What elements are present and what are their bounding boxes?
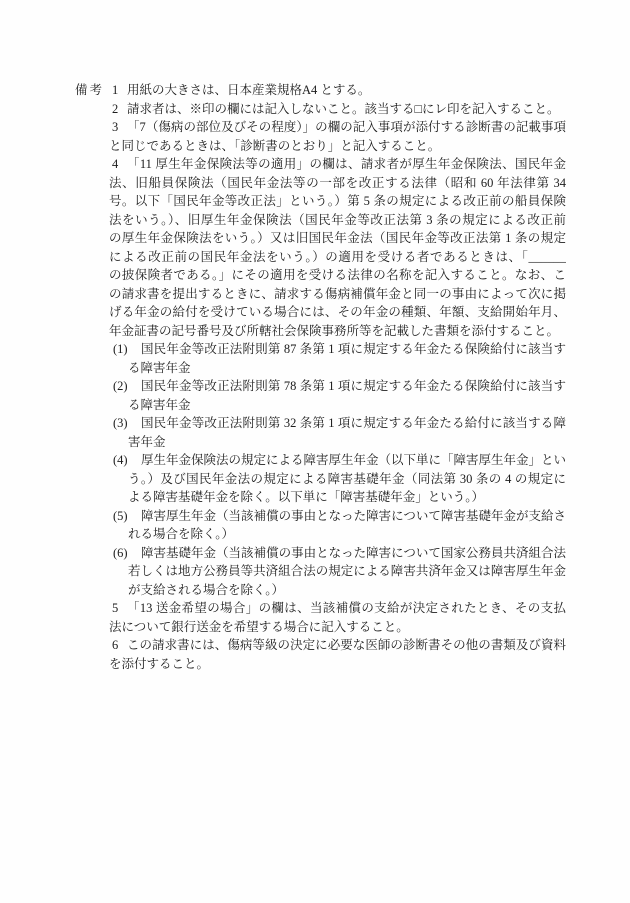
item-number: 1 [112, 81, 118, 100]
item-line: 「11 厚生年金保険法等の適用」の欄は、請求者が厚生年金保険法、国民年金 [109, 155, 566, 174]
subitem-marker: (6) [113, 544, 128, 563]
subitem-line: る障害年金 [128, 359, 566, 378]
subitem-marker: (5) [113, 507, 128, 526]
remark-subitem: (2)国民年金等改正法附則第 78 条第 1 項に規定する年金たる保険給付に該当… [128, 377, 566, 414]
item-number: 5 [112, 599, 118, 618]
remark-item: 5「13 送金希望の場合」の欄は、当該補償の支給が決定されたとき、その支払方法に… [109, 599, 566, 636]
item-number: 3 [112, 118, 118, 137]
subitem-line: う。）及び国民年金法の規定による障害基礎年金（同法第 30 条の 4 の規定に [128, 470, 566, 489]
subitem-line: る障害年金 [128, 396, 566, 415]
remark-subitem: (3)国民年金等改正法附則第 32 条第 1 項に規定する年金たる給付に該当する… [128, 414, 566, 451]
item-line: 「13 送金希望の場合」の欄は、当該補償の支給が決定されたとき、その支払方 [109, 599, 566, 618]
item-line: の請求書を提出するときに、請求する傷病補償年金と同一の事由によって次に掲 [109, 285, 566, 304]
item-line: 「7（傷病の部位及びその程度）」の欄の記入事項が添付する診断書の記載事項 [109, 118, 566, 137]
item-line: 年金証書の記号番号及び所轄社会保険事務所等を記載した書類を添付すること。 [109, 322, 566, 341]
remark-item: 3「7（傷病の部位及びその程度）」の欄の記入事項が添付する診断書の記載事項と同じ… [109, 118, 566, 155]
remark-item: 6この請求書には、傷病等級の決定に必要な医師の診断書その他の書類及び資料を添付す… [109, 636, 566, 673]
item-line: による改正前の国民年金法をいう。）の適用を受ける者であるときは、「______ [109, 248, 566, 267]
subitem-line: 国民年金等改正法附則第 32 条第 1 項に規定する年金たる給付に該当する障 [128, 414, 566, 433]
remark-item: 2請求者は、※印の欄には記入しないこと。該当する□にレ印を記入すること。 [109, 100, 566, 119]
subitem-line: 障害厚生年金（当該補償の事由となった障害について障害基礎年金が支給さ [128, 507, 566, 526]
remark-subitem: (1)国民年金等改正法附則第 87 条第 1 項に規定する年金たる保険給付に該当… [128, 340, 566, 377]
item-line: 請求者は、※印の欄には記入しないこと。該当する□にレ印を記入すること。 [109, 100, 566, 119]
subitem-line: が支給される場合を除く。） [128, 581, 566, 600]
remark-subitem: (6)障害基礎年金（当該補償の事由となった障害について国家公務員共済組合法若しく… [128, 544, 566, 600]
item-line: と同じであるときは、「診断書のとおり」と記入すること。 [109, 137, 566, 156]
remarks-items: 1用紙の大きさは、日本産業規格A4 とする。2請求者は、※印の欄には記入しないこ… [0, 81, 630, 673]
subitem-line: 国民年金等改正法附則第 78 条第 1 項に規定する年金たる保険給付に該当す [128, 377, 566, 396]
subitem-line: 障害基礎年金（当該補償の事由となった障害について国家公務員共済組合法 [128, 544, 566, 563]
item-number: 2 [112, 100, 118, 119]
item-line: 号。以下「国民年金等改正法」という。）第 5 条の規定による改正前の船員保険 [109, 192, 566, 211]
subitem-line: 害年金 [128, 433, 566, 452]
subitem-marker: (1) [113, 340, 128, 359]
remark-subitem: (4)厚生年金保険法の規定による障害厚生年金（以下単に「障害厚生年金」という。）… [128, 451, 566, 507]
remark-item: 4「11 厚生年金保険法等の適用」の欄は、請求者が厚生年金保険法、国民年金法、旧… [109, 155, 566, 340]
item-line: の厚生年金保険法をいう。）又は旧国民年金法（国民年金等改正法第 1 条の規定 [109, 229, 566, 248]
subitem-marker: (4) [113, 451, 128, 470]
subitem-line: れる場合を除く。） [128, 525, 566, 544]
item-number: 4 [112, 155, 118, 174]
item-line: この請求書には、傷病等級の決定に必要な医師の診断書その他の書類及び資料 [109, 636, 566, 655]
subitem-line: よる障害基礎年金を除く。以下単に「障害基礎年金」という。） [128, 488, 566, 507]
item-line: 法について銀行送金を希望する場合に記入すること。 [109, 618, 566, 637]
subitem-marker: (3) [113, 414, 128, 433]
subitem-line: 厚生年金保険法の規定による障害厚生年金（以下単に「障害厚生年金」とい [128, 451, 566, 470]
document-page: 備考 1用紙の大きさは、日本産業規格A4 とする。2請求者は、※印の欄には記入し… [0, 0, 630, 903]
subitem-line: 若しくは地方公務員等共済組合法の規定による障害共済年金又は障害厚生年金 [128, 562, 566, 581]
subitem-line: 国民年金等改正法附則第 87 条第 1 項に規定する年金たる保険給付に該当す [128, 340, 566, 359]
item-line: げる年金の給付を受けている場合には、その年金の種類、年額、支給開始年月、 [109, 303, 566, 322]
remarks-label: 備考 [75, 81, 104, 100]
item-line: の披保険者である。」にその適用を受ける法律の名称を記入すること。なお、こ [109, 266, 566, 285]
subitem-marker: (2) [113, 377, 128, 396]
item-line: を添付すること。 [109, 655, 566, 674]
item-number: 6 [112, 636, 118, 655]
remark-item: 1用紙の大きさは、日本産業規格A4 とする。 [109, 81, 566, 100]
item-line: 法、旧船員保険法（国民年金法等の一部を改正する法律（昭和 60 年法律第 34 [109, 174, 566, 193]
item-line: 用紙の大きさは、日本産業規格A4 とする。 [109, 81, 566, 100]
remarks-section: 備考 1用紙の大きさは、日本産業規格A4 とする。2請求者は、※印の欄には記入し… [0, 0, 630, 673]
remark-subitem: (5)障害厚生年金（当該補償の事由となった障害について障害基礎年金が支給される場… [128, 507, 566, 544]
item-line: 法をいう。）、旧厚生年金保険法（国民年金等改正法第 3 条の規定による改正前 [109, 211, 566, 230]
